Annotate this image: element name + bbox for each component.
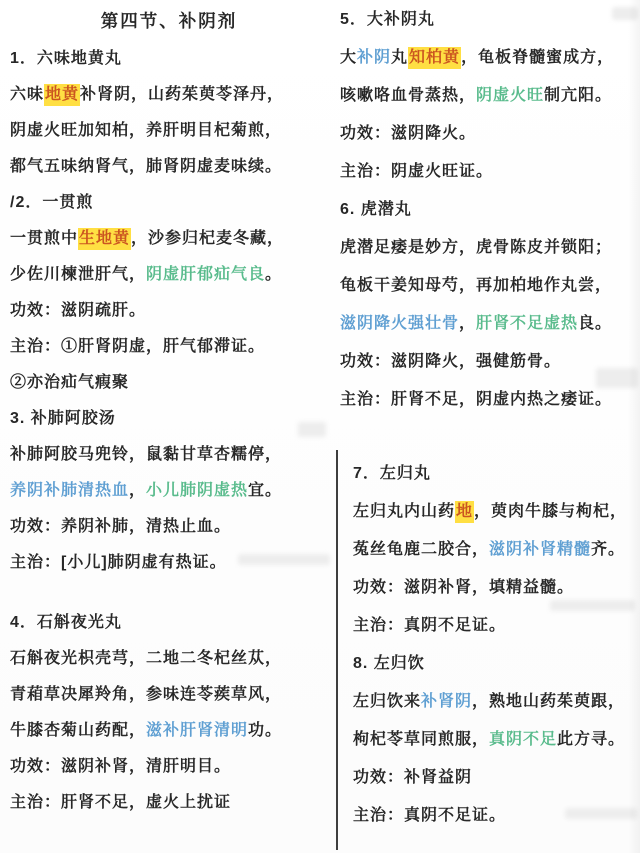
highlighted-term: 知柏黄	[408, 47, 461, 69]
page-title: 第四节、补阴剂	[10, 10, 328, 32]
blue-term: 补肾阴	[421, 693, 472, 710]
verse-segment: 菟丝龟鹿二胶合，	[353, 541, 489, 558]
formula-4-heading: 4．石斛夜光丸	[10, 611, 328, 634]
formula-4-effect: 功效：滋阴补肾，清肝明目。	[10, 755, 328, 778]
formula-4-indication: 主治：肝肾不足，虚火上扰证	[10, 791, 328, 814]
formula-6-indication: 主治：肝肾不足，阴虚内热之痿证。	[340, 388, 640, 411]
formula-6-verse-3: 滋阴降火强壮骨，肝肾不足虚热良。	[340, 312, 640, 335]
verse-segment: 功。	[248, 722, 282, 739]
green-term: 阴虚火旺	[476, 87, 544, 104]
highlighted-term: 地	[455, 501, 474, 523]
formula-7-verse-1: 左归丸内山药地，萸肉牛膝与枸杞，	[353, 500, 640, 523]
formula-6-heading: 6. 虎潜丸	[340, 198, 640, 221]
formula-6-verse-2: 龟板干姜知母芍，再加柏地作丸尝，	[340, 274, 640, 297]
formula-2-indication-2: ②亦治疝气瘕聚	[10, 371, 328, 394]
verse-segment: 补肾阴，山药茱萸苓泽丹，	[80, 86, 284, 103]
verse-segment: ，萸肉牛膝与枸杞，	[474, 503, 627, 520]
verse-segment: 大	[340, 49, 357, 66]
verse-segment: 左归饮来	[353, 693, 421, 710]
formula-2-verse-2: 少佐川楝泄肝气，阴虚肝郁疝气良。	[10, 263, 328, 286]
formula-4-verse-2: 青葙草决犀羚角，参味连苓蒺草风，	[10, 683, 328, 706]
blue-term: 滋阴降火强壮骨	[340, 315, 459, 332]
formula-2-indication-1: 主治：①肝肾阴虚，肝气郁滞证。	[10, 335, 328, 358]
formula-5-effect: 功效：滋阴降火。	[340, 122, 640, 145]
formula-1-verse-3: 都气五味纳肾气，肺肾阴虚麦味续。	[10, 155, 328, 178]
formula-8-effect: 功效：补肾益阴	[353, 766, 640, 789]
verse-segment: 枸杞苓草同煎服，	[353, 731, 489, 748]
formula-3-verse-2: 养阴补肺清热血，小儿肺阴虚热宜。	[10, 479, 328, 502]
notes-page: 第四节、补阴剂 1．六味地黄丸 六味地黄补肾阴，山药茱萸苓泽丹， 阴虚火旺加知柏…	[0, 0, 640, 853]
blue-term: 滋阴补肾精髓	[489, 541, 591, 558]
watermark-smudge	[596, 368, 638, 388]
formula-5-heading: 5．大补阴丸	[340, 8, 640, 31]
formula-1-verse-1: 六味地黄补肾阴，山药茱萸苓泽丹，	[10, 83, 328, 106]
verse-segment: ，	[129, 482, 146, 499]
formula-section-6: 6. 虎潜丸 虎潜足痿是妙方，虎骨陈皮并锁阳； 龟板干姜知母芍，再加柏地作丸尝，…	[336, 198, 640, 426]
formula-5-verse-1: 大补阴丸知柏黄，龟板脊髓蜜成方，	[340, 46, 640, 69]
watermark-smudge	[612, 7, 638, 20]
formula-7-heading: 7．左归丸	[353, 462, 640, 485]
formula-3-heading: 3. 补肺阿胶汤	[10, 407, 328, 430]
green-term: 小儿肺阴虚热	[146, 482, 248, 499]
verse-segment: ，熟地山药茱萸跟，	[472, 693, 625, 710]
formula-8-heading: 8. 左归饮	[353, 652, 640, 675]
left-column: 第四节、补阴剂 1．六味地黄丸 六味地黄补肾阴，山药茱萸苓泽丹， 阴虚火旺加知柏…	[10, 10, 328, 827]
formula-5-verse-2: 咳嗽咯血骨蒸热，阴虚火旺制亢阳。	[340, 84, 640, 107]
formula-1-verse-2: 阴虚火旺加知柏，养肝明目杞菊煎，	[10, 119, 328, 142]
green-term: 真阴不足	[489, 731, 557, 748]
verse-segment: ，沙参归杞麦冬藏，	[131, 230, 284, 247]
green-term: 阴虚肝郁疝气良	[146, 266, 265, 283]
verse-segment: 齐。	[591, 541, 625, 558]
verse-segment: 丸	[391, 49, 408, 66]
formula-section-1: 1．六味地黄丸 六味地黄补肾阴，山药茱萸苓泽丹， 阴虚火旺加知柏，养肝明目杞菊煎…	[10, 47, 328, 191]
verse-segment: ，龟板脊髓蜜成方，	[461, 49, 614, 66]
green-term: 肝肾不足虚热	[476, 315, 578, 332]
formula-section-7: 7．左归丸 左归丸内山药地，萸肉牛膝与枸杞， 菟丝龟鹿二胶合，滋阴补肾精髓齐。 …	[353, 462, 640, 652]
formula-section-2: /2．一贯煎 一贯煎中生地黄，沙参归杞麦冬藏， 少佐川楝泄肝气，阴虚肝郁疝气良。…	[10, 191, 328, 407]
formula-8-verse-1: 左归饮来补肾阴，熟地山药茱萸跟，	[353, 690, 640, 713]
blue-term: 补阴	[357, 49, 391, 66]
verse-segment: 此方寻。	[557, 731, 625, 748]
verse-segment: 宜。	[248, 482, 282, 499]
watermark-smudge	[550, 600, 635, 611]
formula-3-effect: 功效：养阴补肺，清热止血。	[10, 515, 328, 538]
formula-6-effect: 功效：滋阴降火，强健筋骨。	[340, 350, 640, 373]
blue-term: 养阴补肺清热血	[10, 482, 129, 499]
formula-2-verse-1: 一贯煎中生地黄，沙参归杞麦冬藏，	[10, 227, 328, 250]
verse-segment: 六味	[10, 86, 44, 103]
formula-3-verse-1: 补肺阿胶马兜铃，鼠黏甘草杏糯停，	[10, 443, 328, 466]
formula-4-verse-1: 石斛夜光枳壳芎，二地二冬杞丝苁，	[10, 647, 328, 670]
highlighted-term: 地黄	[44, 84, 80, 106]
formula-7-verse-2: 菟丝龟鹿二胶合，滋阴补肾精髓齐。	[353, 538, 640, 561]
verse-segment: 一贯煎中	[10, 230, 78, 247]
formula-2-effect: 功效：滋阴疏肝。	[10, 299, 328, 322]
verse-segment: 牛膝杏菊山药配，	[10, 722, 146, 739]
formula-8-verse-2: 枸杞苓草同煎服，真阴不足此方寻。	[353, 728, 640, 751]
formula-section-4: 4．石斛夜光丸 石斛夜光枳壳芎，二地二冬杞丝苁， 青葙草决犀羚角，参味连苓蒺草风…	[10, 611, 328, 827]
watermark-smudge	[238, 554, 330, 565]
formula-4-verse-3: 牛膝杏菊山药配，滋补肝肾清明功。	[10, 719, 328, 742]
verse-segment: 。	[265, 266, 282, 283]
watermark-smudge	[298, 422, 326, 437]
highlighted-term: 生地黄	[78, 228, 131, 250]
verse-segment: 咳嗽咯血骨蒸热，	[340, 87, 476, 104]
bordered-section-group: 7．左归丸 左归丸内山药地，萸肉牛膝与枸杞， 菟丝龟鹿二胶合，滋阴补肾精髓齐。 …	[336, 450, 640, 850]
verse-segment: 制亢阳。	[544, 87, 612, 104]
right-column: 5．大补阴丸 大补阴丸知柏黄，龟板脊髓蜜成方， 咳嗽咯血骨蒸热，阴虚火旺制亢阳。…	[336, 8, 640, 850]
verse-segment: 左归丸内山药	[353, 503, 455, 520]
formula-7-effect: 功效：滋阴补肾，填精益髓。	[353, 576, 640, 599]
blue-term: 滋补肝肾清明	[146, 722, 248, 739]
verse-segment: 良。	[578, 315, 612, 332]
formula-5-indication: 主治：阴虚火旺证。	[340, 160, 640, 183]
formula-section-5: 5．大补阴丸 大补阴丸知柏黄，龟板脊髓蜜成方， 咳嗽咯血骨蒸热，阴虚火旺制亢阳。…	[336, 8, 640, 198]
verse-segment: 少佐川楝泄肝气，	[10, 266, 146, 283]
formula-1-heading: 1．六味地黄丸	[10, 47, 328, 70]
formula-6-verse-1: 虎潜足痿是妙方，虎骨陈皮并锁阳；	[340, 236, 640, 259]
formula-2-heading: /2．一贯煎	[10, 191, 328, 214]
formula-7-indication: 主治：真阴不足证。	[353, 614, 640, 637]
watermark-smudge	[565, 808, 637, 819]
verse-segment: ，	[459, 315, 476, 332]
